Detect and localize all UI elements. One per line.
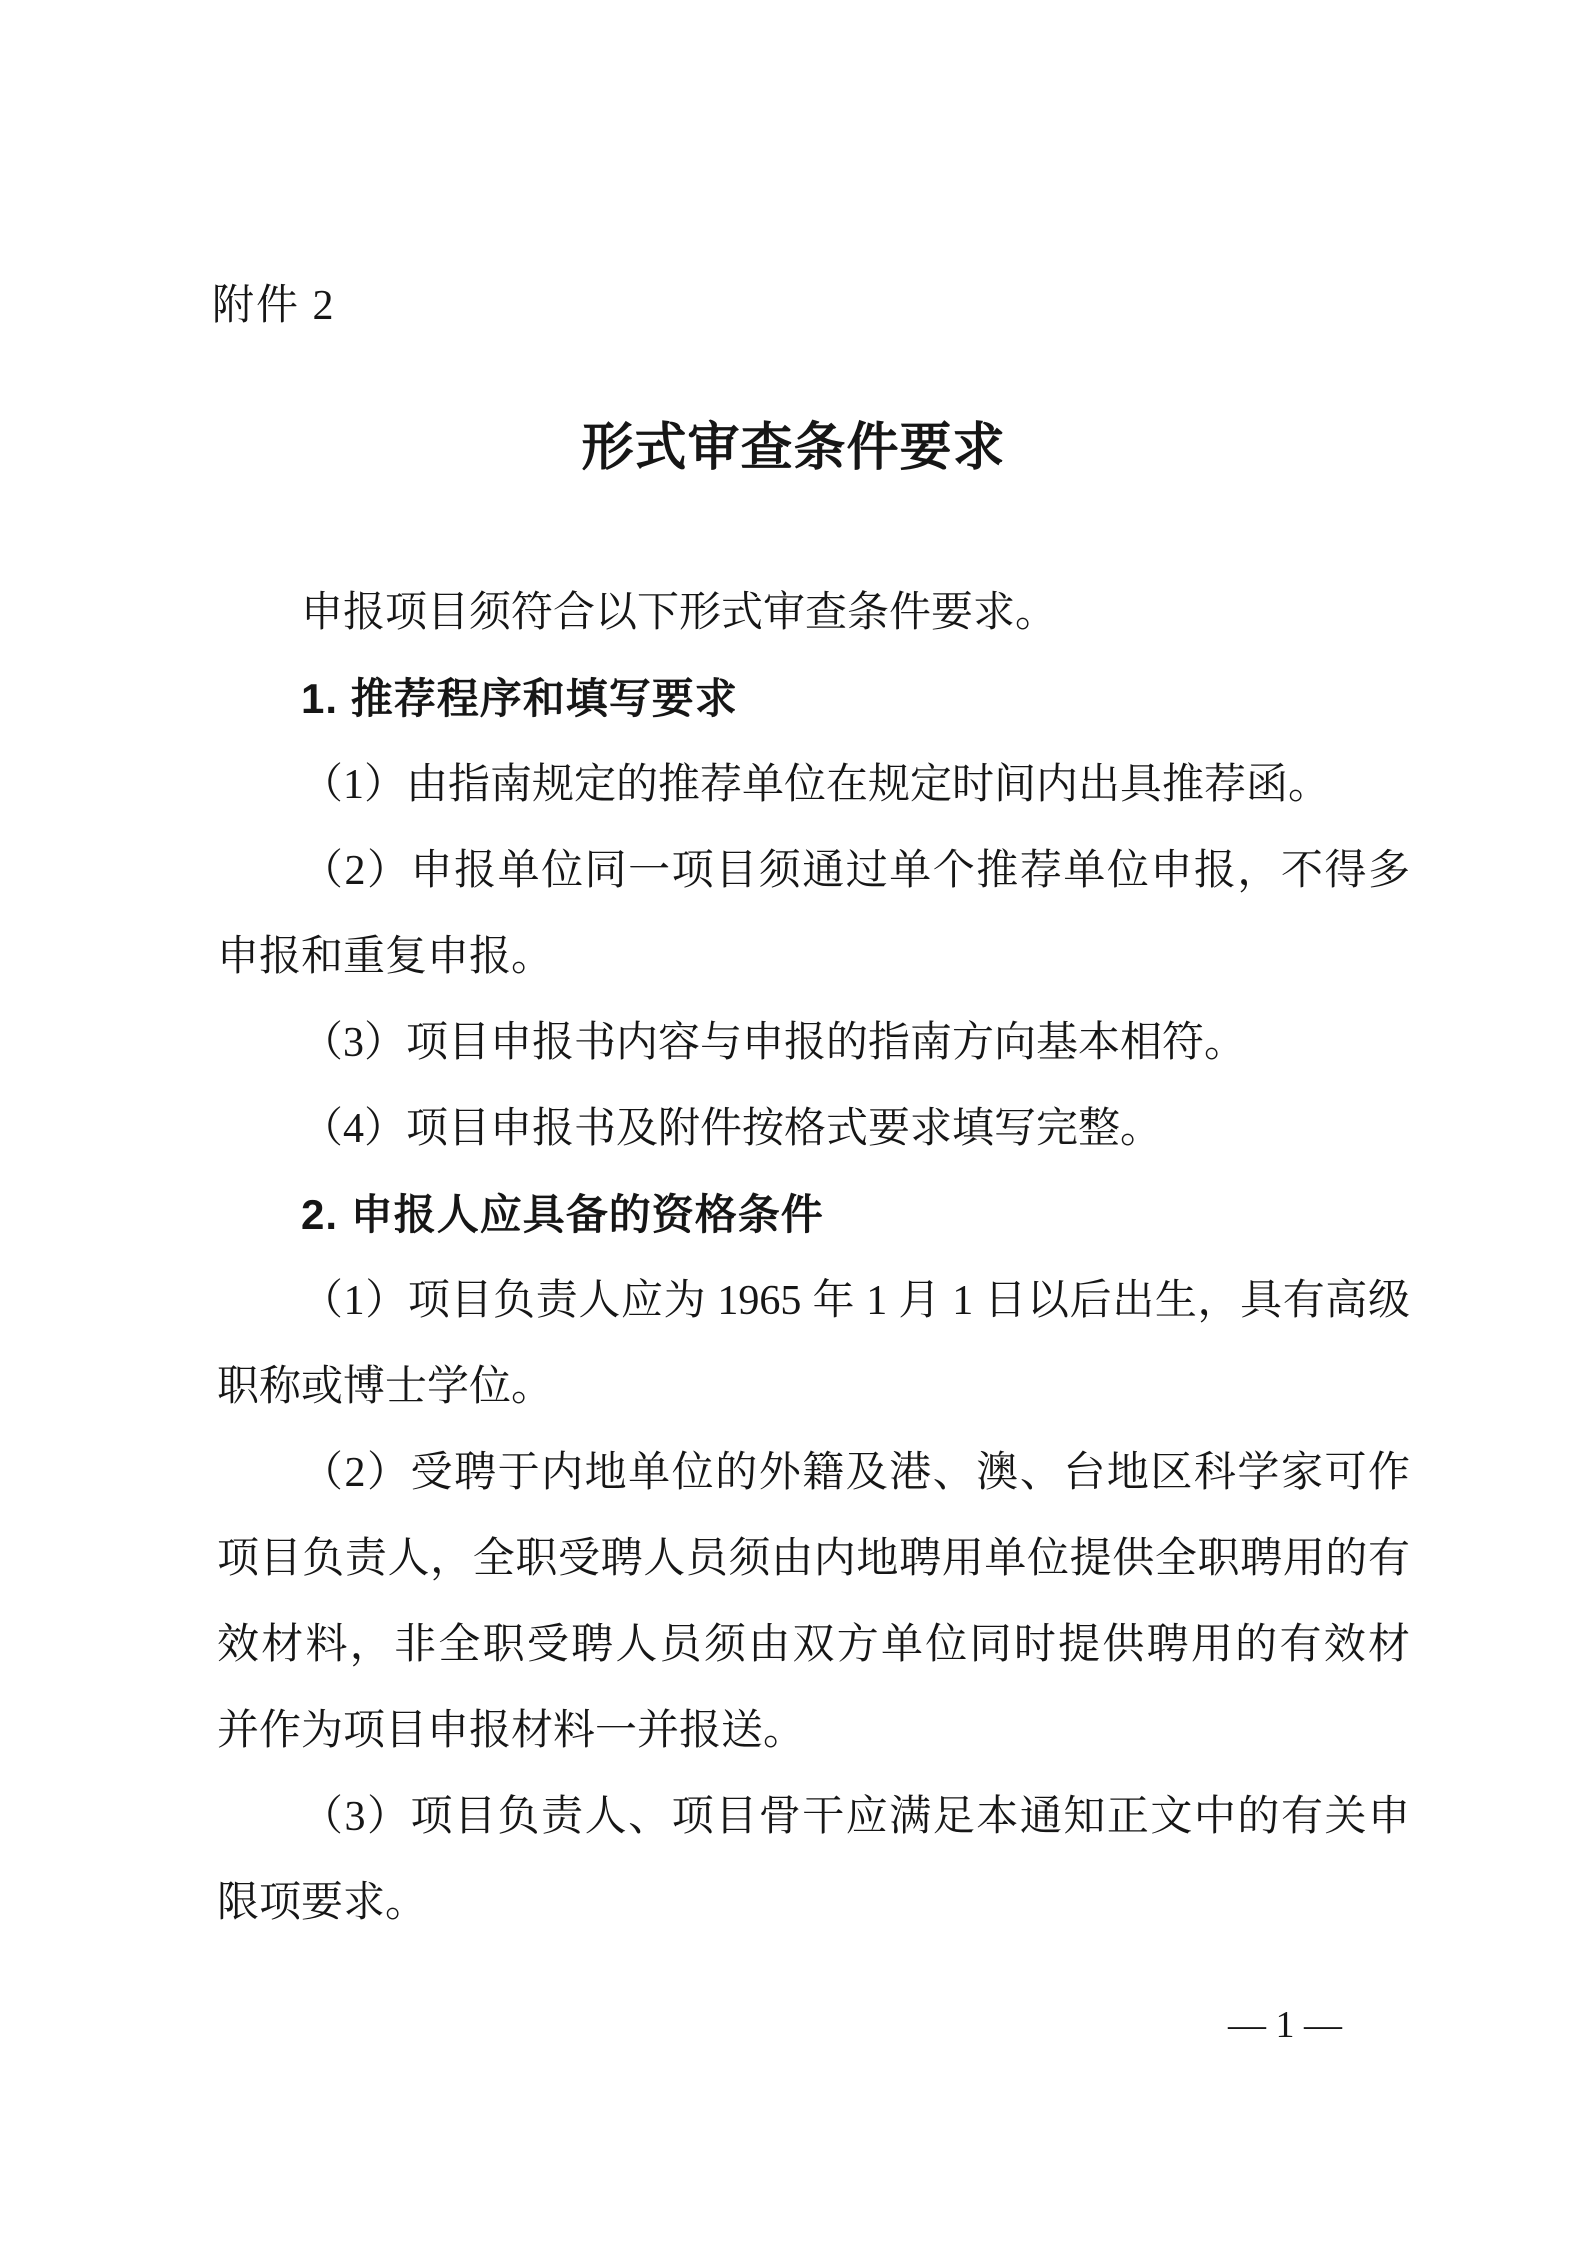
paragraph: （3）项目申报书内容与申报的指南方向基本相符。 <box>217 1000 1410 1086</box>
body-text: 申报项目须符合以下形式审查条件要求。1. 推荐程序和填写要求（1）由指南规定的推… <box>217 570 1410 1946</box>
text-line: 申报和重复申报。 <box>217 914 1410 1000</box>
text-line: （2）受聘于内地单位的外籍及港、澳、台地区科学家可作为 <box>217 1430 1410 1516</box>
text-line: 1. 推荐程序和填写要求 <box>217 656 1410 742</box>
paragraph: （4）项目申报书及附件按格式要求填写完整。 <box>217 1086 1410 1172</box>
paragraph: （2）受聘于内地单位的外籍及港、澳、台地区科学家可作为项目负责人，全职受聘人员须… <box>217 1430 1410 1774</box>
document-page: 附件 2 形式审查条件要求 申报项目须符合以下形式审查条件要求。1. 推荐程序和… <box>0 0 1587 2245</box>
text-line: 项目负责人，全职受聘人员须由内地聘用单位提供全职聘用的有 <box>217 1516 1410 1602</box>
section-heading: 1. 推荐程序和填写要求 <box>217 656 1410 742</box>
text-line: 效材料，非全职受聘人员须由双方单位同时提供聘用的有效材料， <box>217 1602 1410 1688</box>
text-line: （4）项目申报书及附件按格式要求填写完整。 <box>217 1086 1410 1172</box>
paragraph: （3）项目负责人、项目骨干应满足本通知正文中的有关申报限项要求。 <box>217 1774 1410 1946</box>
text-line: （1）项目负责人应为 1965 年 1 月 1 日以后出生，具有高级 <box>217 1258 1410 1344</box>
paragraph: （1）项目负责人应为 1965 年 1 月 1 日以后出生，具有高级职称或博士学… <box>217 1258 1410 1430</box>
text-line: 限项要求。 <box>217 1860 1410 1946</box>
paragraph: 申报项目须符合以下形式审查条件要求。 <box>217 570 1410 656</box>
text-line: （2）申报单位同一项目须通过单个推荐单位申报，不得多头 <box>217 828 1410 914</box>
text-line: 申报项目须符合以下形式审查条件要求。 <box>217 570 1410 656</box>
page-number: — 1 — <box>1228 1998 1342 2052</box>
document-title: 形式审查条件要求 <box>0 412 1587 484</box>
text-line: 2. 申报人应具备的资格条件 <box>217 1172 1410 1258</box>
text-line: （3）项目申报书内容与申报的指南方向基本相符。 <box>217 1000 1410 1086</box>
paragraph: （1）由指南规定的推荐单位在规定时间内出具推荐函。 <box>217 742 1410 828</box>
paragraph: （2）申报单位同一项目须通过单个推荐单位申报，不得多头申报和重复申报。 <box>217 828 1410 1000</box>
text-line: （1）由指南规定的推荐单位在规定时间内出具推荐函。 <box>217 742 1410 828</box>
text-line: 并作为项目申报材料一并报送。 <box>217 1688 1410 1774</box>
text-line: 职称或博士学位。 <box>217 1344 1410 1430</box>
section-heading: 2. 申报人应具备的资格条件 <box>217 1172 1410 1258</box>
text-line: （3）项目负责人、项目骨干应满足本通知正文中的有关申报 <box>217 1774 1410 1860</box>
attachment-label: 附件 2 <box>212 276 336 336</box>
